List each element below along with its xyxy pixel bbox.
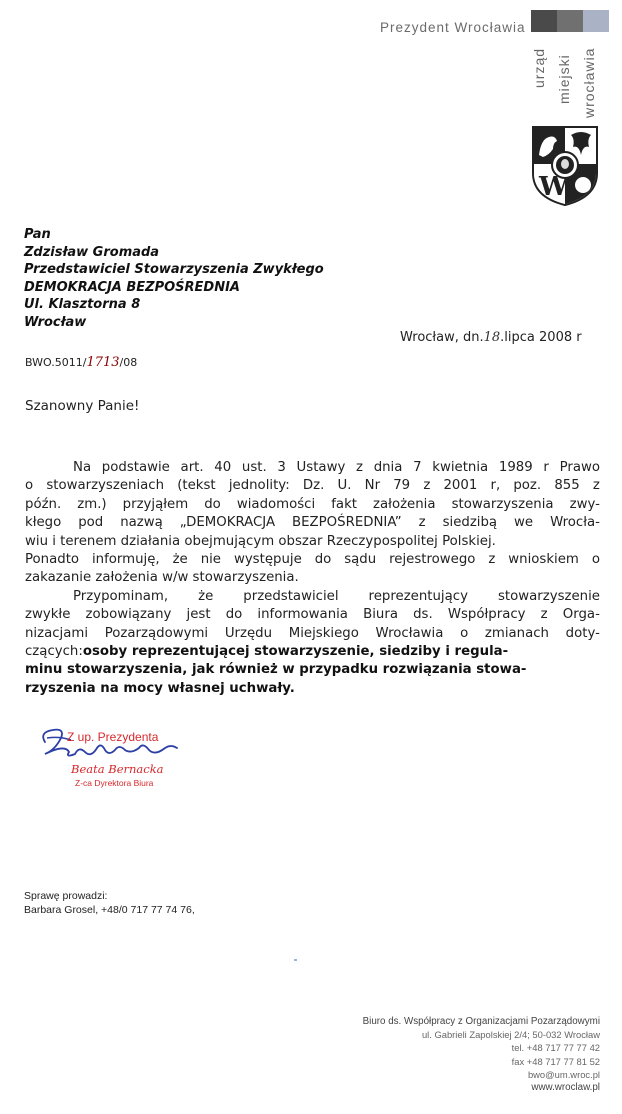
body-line: Przypominam,żeprzedstawicielreprezentują… [25,588,600,606]
body-line: zwykłezobowiązanyjestdoinformowaniaBiura… [25,606,600,624]
reference-number: BWO.5011/1713/08 [25,355,137,370]
case-handler-label: Sprawę prowadzi: [24,890,195,904]
salutation: Szanowny Panie! [25,398,139,414]
case-handler-details: Barbara Grosel, +48/0 717 77 74 76, [24,904,195,918]
letter-date: Wrocław, dn.18.lipca 2008 r [400,330,582,345]
signatory-name: Beata Bernacka [71,762,164,776]
brand-line-urzad: urząd [531,36,547,88]
scan-speck [294,959,297,961]
addressee-city: Wrocław [24,314,324,332]
brand-color-light [583,10,609,32]
footer-email[interactable]: bwo@um.wroc.pl [363,1068,600,1081]
body-line: kłegopodnazwą„DEMOKRACJABEZPOŚREDNIA”zsi… [25,514,600,532]
brand-color-dark [531,10,557,32]
brand-color-bar [531,10,609,32]
body-line: wiu i terenem działania obejmującym obsz… [25,533,600,551]
signatory-role: Z-ca Dyrektora Biura [75,778,153,788]
signature-stamp-line: Z up. Prezydenta [67,730,158,744]
reference-prefix: BWO.5011/ [25,356,86,369]
signature-block: Z up. Prezydenta Beata Bernacka Z-ca Dyr… [35,724,195,794]
brand-color-mid [557,10,583,32]
body-line: zakazanie założenia w/w stowarzyszenia. [25,569,600,587]
date-prefix: Wrocław, dn. [400,330,484,345]
body-line-bold: rzyszenia na mocy własnej uchwały. [25,680,295,698]
letter-body: Napodstawieart.40ust.3Ustawyzdnia7kwietn… [25,459,600,698]
addressee-role: Przedstawiciel Stowarzyszenia Zwykłego [24,261,324,279]
footer-tel: tel. +48 717 77 77 42 [363,1041,600,1054]
footer-website[interactable]: www.wroclaw.pl [363,1081,600,1094]
reference-handwritten-number: 1713 [86,355,119,370]
brand-line-wroclawia: wrocławia [581,36,597,118]
addressee-organization: DEMOKRACJA BEZPOŚREDNIA [24,279,324,297]
date-day-handwritten: 18 [484,330,501,345]
footer-address: ul. Gabrieli Zapolskiej 2/4; 50-032 Wroc… [363,1028,600,1041]
reference-suffix: /08 [120,356,138,369]
addressee-honorific: Pan [24,226,324,244]
body-line-bold: osoby reprezentującej stowarzyszenie, si… [83,643,508,661]
body-line: czących: osoby reprezentującej stowarzys… [25,643,600,661]
wroclaw-coat-of-arms-icon: W [531,125,599,207]
body-line: nizacjamiPozarządowymiUrzęduMiejskiegoWr… [25,625,600,643]
addressee-street: Ul. Klasztorna 8 [24,296,324,314]
body-line: Ponadtoinformuję,żeniewystępujedosądurej… [25,551,600,569]
body-line: późn.zm.)przyjąłemdowiadomościfaktzałoże… [25,496,600,514]
body-line: Napodstawieart.40ust.3Ustawyzdnia7kwietn… [25,459,600,477]
footer-fax: fax +48 717 77 81 52 [363,1055,600,1068]
case-handler: Sprawę prowadzi: Barbara Grosel, +48/0 7… [24,890,195,917]
body-line-plain: czących: [25,643,83,661]
body-line-bold: minu stowarzyszenia, jak również w przyp… [25,661,526,679]
body-line: ostowarzyszeniach(tekstjednolity:Dz.U.Nr… [25,477,600,495]
body-line: minu stowarzyszenia, jak również w przyp… [25,661,600,679]
footer-office-name: Biuro ds. Współpracy z Organizacjami Poz… [363,1015,600,1028]
date-suffix: .lipca 2008 r [500,330,581,345]
body-line: rzyszenia na mocy własnej uchwały. [25,680,600,698]
issuer-title: Prezydent Wrocławia [380,20,526,35]
brand-line-miejski: miejski [556,36,572,104]
addressee-name: Zdzisław Gromada [24,244,324,262]
office-footer: Biuro ds. Współpracy z Organizacjami Poz… [363,1015,600,1094]
addressee-block: Pan Zdzisław Gromada Przedstawiciel Stow… [24,226,324,331]
